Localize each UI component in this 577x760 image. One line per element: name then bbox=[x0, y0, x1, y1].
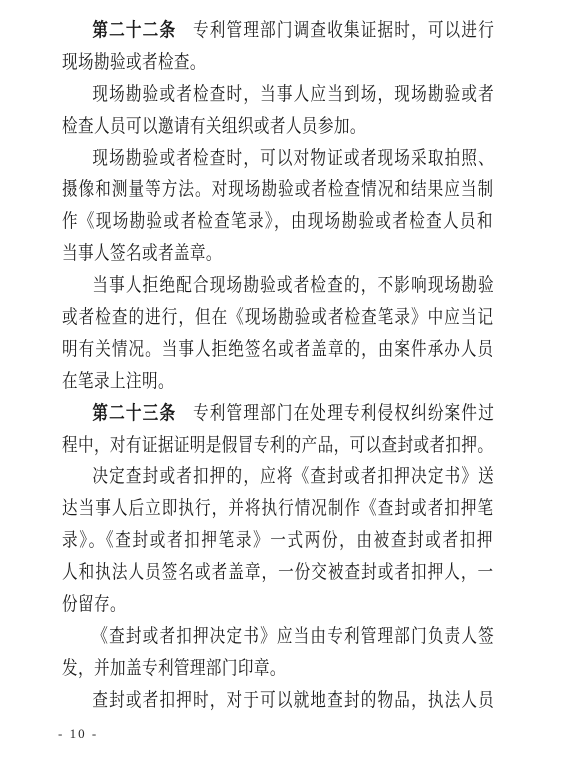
text-line: 达当事人后立即执行，并将执行情况制作《查封或者扣押笔 bbox=[62, 493, 425, 525]
line-text: 专利管理部门调查收集证据时，可以进行 bbox=[176, 20, 495, 41]
line-text: 现场勘验或者检查。 bbox=[62, 52, 206, 73]
text-line: 第二十二条 专利管理部门调查收集证据时，可以进行 bbox=[62, 15, 425, 47]
line-text: 现场勘验或者检查时，可以对物证或者现场采取拍照、 bbox=[92, 148, 495, 169]
line-text: 达当事人后立即执行，并将执行情况制作《查封或者扣押笔 bbox=[62, 498, 494, 519]
line-text: 专利管理部门在处理专利侵权纠纷案件过 bbox=[176, 403, 495, 424]
text-line: 程中，对有证据证明是假冒专利的产品，可以查封或者扣押。 bbox=[62, 430, 425, 462]
text-line: 检查人员可以邀请有关组织或者人员参加。 bbox=[62, 111, 425, 143]
text-line: 摄像和测量等方法。对现场勘验或者检查情况和结果应当制 bbox=[62, 174, 425, 206]
line-text: 查封或者扣押时，对于可以就地查封的物品，执法人员 bbox=[92, 690, 495, 711]
line-text: 摄像和测量等方法。对现场勘验或者检查情况和结果应当制 bbox=[62, 179, 494, 200]
document-page: 第二十二条 专利管理部门调查收集证据时，可以进行现场勘验或者检查。现场勘验或者检… bbox=[0, 0, 577, 760]
line-text: 发，并加盖专利管理部门印章。 bbox=[62, 658, 286, 679]
line-text: 作《现场勘验或者检查笔录》，由现场勘验或者检查人员和 bbox=[62, 211, 494, 232]
line-text: 人和执法人员签名或者盖章，一份交被查封或者扣押人，一 bbox=[62, 562, 494, 583]
text-line: 明有关情况。当事人拒绝签名或者盖章的，由案件承办人员 bbox=[62, 334, 425, 366]
line-text: 程中，对有证据证明是假冒专利的产品，可以查封或者扣押。 bbox=[62, 435, 493, 456]
text-line: 录》。《查封或者扣押笔录》一式两份，由被查封或者扣押 bbox=[62, 525, 425, 557]
page-number: - 10 - bbox=[58, 726, 98, 742]
text-line: 查封或者扣押时，对于可以就地查封的物品，执法人员 bbox=[62, 685, 425, 717]
text-block: 第二十二条 专利管理部门调查收集证据时，可以进行现场勘验或者检查。现场勘验或者检… bbox=[62, 15, 505, 717]
text-line: 现场勘验或者检查时，可以对物证或者现场采取拍照、 bbox=[62, 143, 425, 175]
line-text: 录》。《查封或者扣押笔录》一式两份，由被查封或者扣押 bbox=[62, 530, 494, 551]
line-text: 当事人拒绝配合现场勘验或者检查的，不影响现场勘验 bbox=[92, 275, 495, 296]
line-text: 份留存。 bbox=[62, 594, 126, 615]
text-line: 现场勘验或者检查。 bbox=[62, 47, 425, 79]
line-text: 决定查封或者扣押的，应将《查封或者扣押决定书》送 bbox=[92, 466, 495, 487]
article-number: 第二十二条 bbox=[92, 20, 176, 41]
text-line: 份留存。 bbox=[62, 589, 425, 621]
text-line: 人和执法人员签名或者盖章，一份交被查封或者扣押人，一 bbox=[62, 557, 425, 589]
line-text: 在笔录上注明。 bbox=[62, 371, 174, 392]
text-line: 《查封或者扣押决定书》应当由专利管理部门负责人签 bbox=[62, 621, 425, 653]
text-line: 现场勘验或者检查时，当事人应当到场，现场勘验或者 bbox=[62, 79, 425, 111]
line-text: 检查人员可以邀请有关组织或者人员参加。 bbox=[62, 116, 366, 137]
line-text: 《查封或者扣押决定书》应当由专利管理部门负责人签 bbox=[92, 626, 495, 647]
line-text: 现场勘验或者检查时，当事人应当到场，现场勘验或者 bbox=[92, 84, 495, 105]
article-number: 第二十三条 bbox=[92, 403, 176, 424]
text-line: 在笔录上注明。 bbox=[62, 366, 425, 398]
text-line: 第二十三条 专利管理部门在处理专利侵权纠纷案件过 bbox=[62, 398, 425, 430]
line-text: 当事人签名或者盖章。 bbox=[62, 243, 222, 264]
text-line: 作《现场勘验或者检查笔录》，由现场勘验或者检查人员和 bbox=[62, 206, 425, 238]
line-text: 或者检查的进行，但在《现场勘验或者检查笔录》中应当记 bbox=[62, 307, 494, 328]
text-line: 决定查封或者扣押的，应将《查封或者扣押决定书》送 bbox=[62, 461, 425, 493]
text-line: 或者检查的进行，但在《现场勘验或者检查笔录》中应当记 bbox=[62, 302, 425, 334]
line-text: 明有关情况。当事人拒绝签名或者盖章的，由案件承办人员 bbox=[62, 339, 494, 360]
text-line: 当事人签名或者盖章。 bbox=[62, 238, 425, 270]
text-line: 当事人拒绝配合现场勘验或者检查的，不影响现场勘验 bbox=[62, 270, 425, 302]
text-line: 发，并加盖专利管理部门印章。 bbox=[62, 653, 425, 685]
